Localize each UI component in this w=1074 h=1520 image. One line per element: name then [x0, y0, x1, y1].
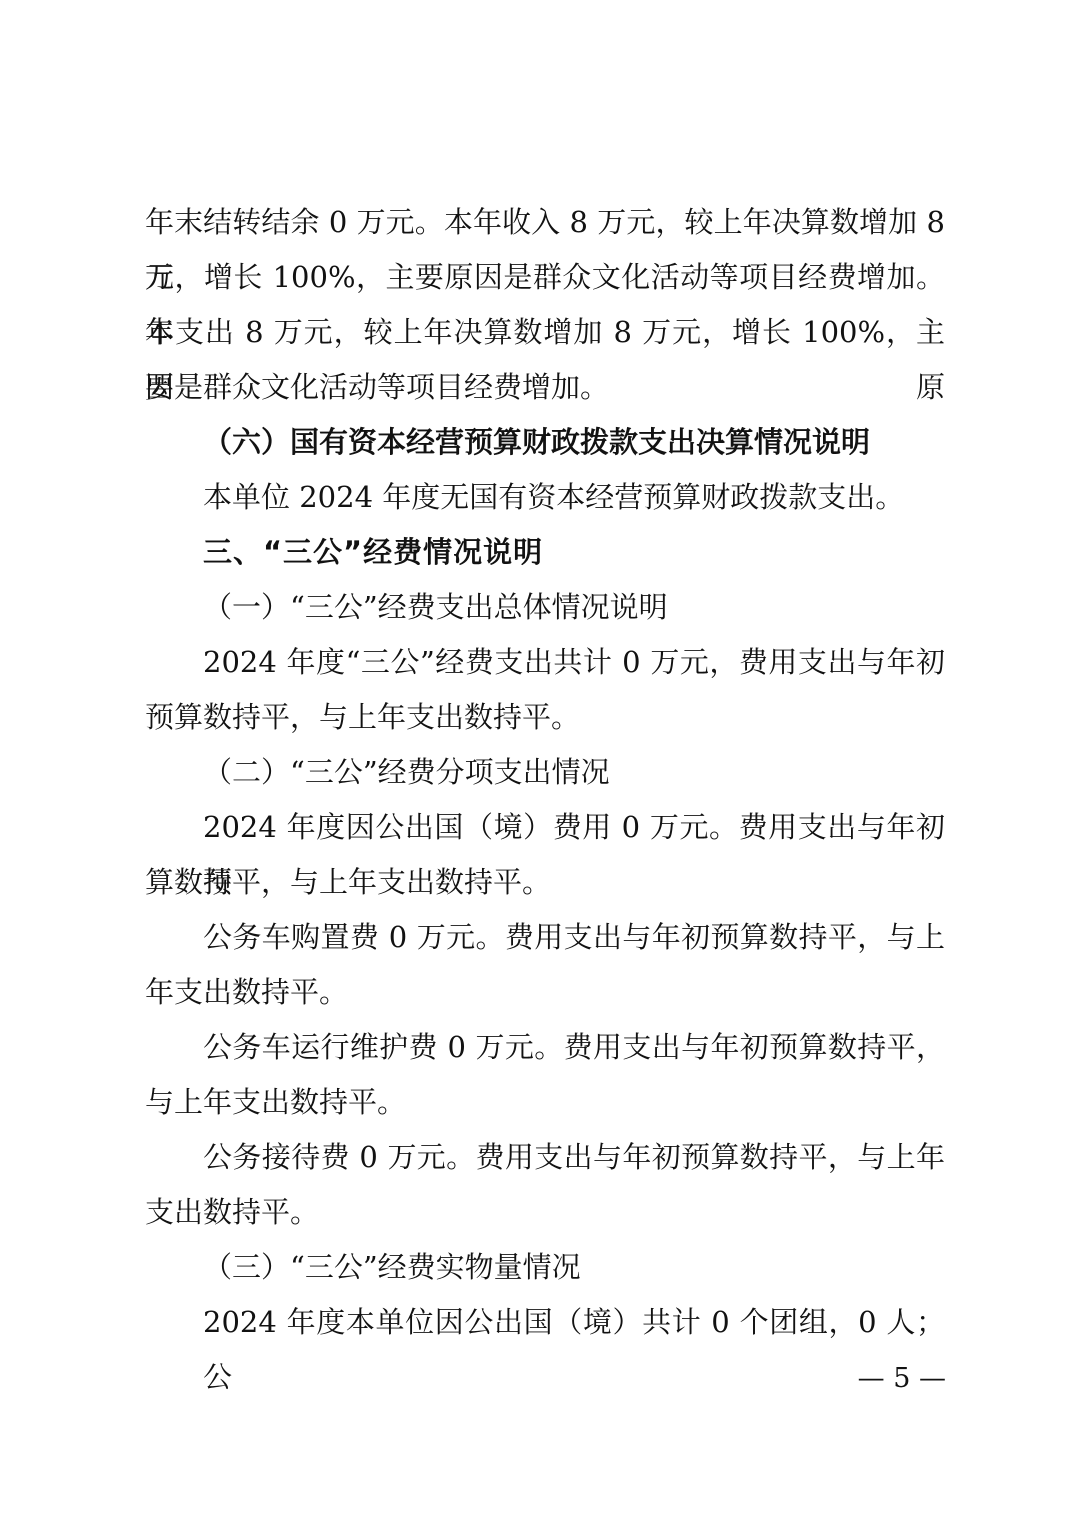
page-number: — 5 —	[858, 1362, 946, 1396]
section-heading-3: （三）“三公”经费实物量情况	[145, 1240, 945, 1295]
body-text-line: 元，增长 100%，主要原因是群众文化活动等项目经费增加。本	[145, 250, 945, 305]
body-text-line: 年支出数持平。	[145, 965, 945, 1020]
body-text-line: 2024 年度“三公”经费支出共计 0 万元，费用支出与年初	[145, 635, 945, 690]
body-text-line: 算数持平，与上年支出数持平。	[145, 855, 945, 910]
section-heading-1: （一）“三公”经费支出总体情况说明	[145, 580, 945, 635]
body-text-line: 公务车购置费 0 万元。费用支出与年初预算数持平，与上	[145, 910, 945, 965]
document-body: 年末结转结余 0 万元。本年收入 8 万元，较上年决算数增加 8 万 元，增长 …	[145, 195, 945, 1350]
body-text-line: 公务车运行维护费 0 万元。费用支出与年初预算数持平，	[145, 1020, 945, 1075]
body-text-line: 与上年支出数持平。	[145, 1075, 945, 1130]
body-text-line: 年支出 8 万元，较上年决算数增加 8 万元，增长 100%，主要原	[145, 305, 945, 360]
document-page: 年末结转结余 0 万元。本年收入 8 万元，较上年决算数增加 8 万 元，增长 …	[0, 0, 1074, 1520]
body-text-line: 支出数持平。	[145, 1185, 945, 1240]
body-text-line: 本单位 2024 年度无国有资本经营预算财政拨款支出。	[145, 470, 945, 525]
chapter-heading-3: 三、“三公”经费情况说明	[145, 525, 945, 580]
body-text-line: 2024 年度本单位因公出国（境）共计 0 个团组，0 人；公	[145, 1295, 945, 1350]
section-heading-2: （二）“三公”经费分项支出情况	[145, 745, 945, 800]
body-text-line: 2024 年度因公出国（境）费用 0 万元。费用支出与年初预	[145, 800, 945, 855]
body-text-line: 公务接待费 0 万元。费用支出与年初预算数持平，与上年	[145, 1130, 945, 1185]
body-text-line: 年末结转结余 0 万元。本年收入 8 万元，较上年决算数增加 8 万	[145, 195, 945, 250]
section-heading-6: （六）国有资本经营预算财政拨款支出决算情况说明	[145, 415, 945, 470]
body-text-line: 预算数持平，与上年支出数持平。	[145, 690, 945, 745]
